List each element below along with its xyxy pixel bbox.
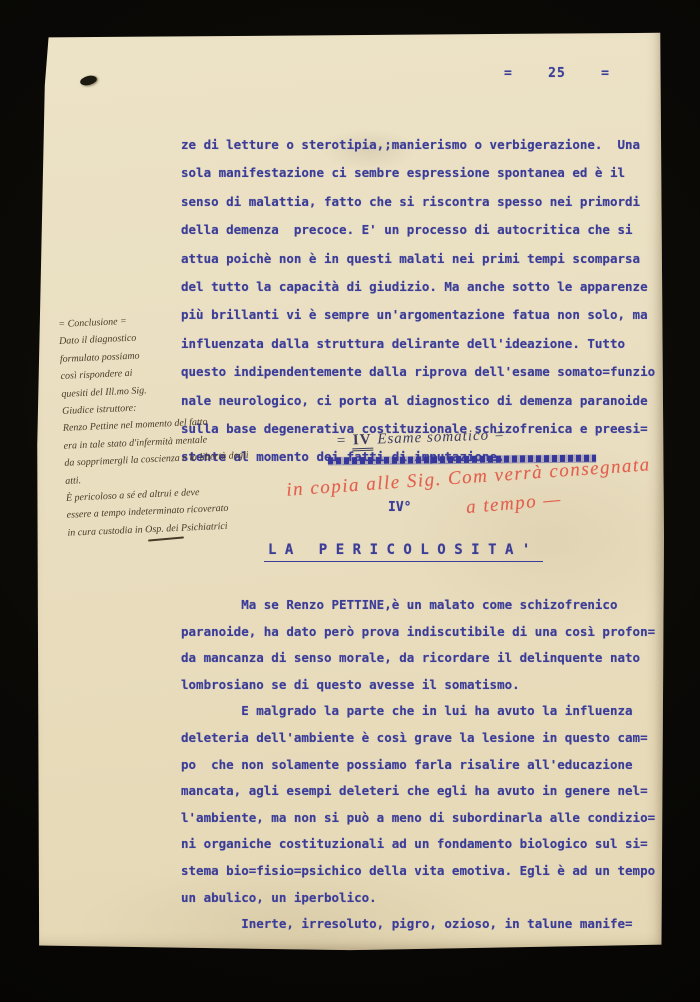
roman-numeral-iv: IV <box>352 432 373 452</box>
typed-line: influenzata dalla struttura delirante de… <box>181 330 663 358</box>
typed-line: po che non solamente possiamo farla risa… <box>181 752 663 779</box>
section-note-text: Esame somatico <box>372 427 494 447</box>
typed-line: da mancanza di senso morale, da ricordar… <box>181 645 663 672</box>
typed-line: un abulico, un iperbolico. <box>181 885 663 912</box>
typed-line: lombrosiano se di questo avesse il somat… <box>181 672 663 699</box>
typed-line: stema bio=fisio=psichico della vita emot… <box>181 858 663 885</box>
typed-line: della demenza precoce. E' un processo di… <box>181 216 663 244</box>
page-number: = 25 = <box>504 66 610 81</box>
typed-line: senso di malattia, fatto che si riscontr… <box>181 188 663 216</box>
red-annotation-line-2: a tempo — <box>465 489 562 519</box>
typed-line: Ma se Renzo PETTINE,è un malato come sch… <box>181 592 663 619</box>
typed-line: Inerte, irresoluto, pigro, ozioso, in ta… <box>181 911 663 938</box>
typed-line: deleteria dell'ambiente è così grave la … <box>181 725 663 752</box>
punch-hole <box>79 74 98 87</box>
equals-mark: = <box>336 432 352 449</box>
typed-line: E malgrado la parte che in lui ha avuto … <box>181 698 663 725</box>
typed-line: mancata, agli esempi deleteri che egli h… <box>181 778 663 805</box>
typed-line: paranoide, ha dato però prova indiscutib… <box>181 619 663 646</box>
typed-line: nale neurologico, ci porta al diagnostic… <box>181 387 663 415</box>
typed-line: più brillanti vi è sempre un'argomentazi… <box>181 301 663 329</box>
typed-body-1: ze di letture o sterotipia,;manierismo o… <box>181 131 663 472</box>
scan-background: { "page": { "page_number": "= 25 =", "pa… <box>0 0 700 1002</box>
typed-body-2: Ma se Renzo PETTINE,è un malato come sch… <box>181 592 663 938</box>
typed-line: ze di letture o sterotipia,;manierismo o… <box>181 131 663 159</box>
section-heading: LA PERICOLOSITA' <box>264 542 543 562</box>
typed-line: questo indipendentemente dalla riprova d… <box>181 358 663 386</box>
typed-line: del tutto la capacità di giudizio. Ma an… <box>181 273 663 301</box>
typed-line: attua poichè non è in questi malati nei … <box>181 245 663 273</box>
typed-line: ni organiche costituzionali ad un fondam… <box>181 831 663 858</box>
scanned-page: = 25 = ze di letture o sterotipia,;manie… <box>36 30 664 952</box>
equals-mark: = <box>494 427 506 443</box>
margin-note-handwritten: = Conclusione = Dato il diagnostico form… <box>58 308 258 542</box>
typed-line: sola manifestazione ci sembre espression… <box>181 159 663 187</box>
typed-line: l'ambiente, ma non si può a meno di subo… <box>181 805 663 832</box>
numeral-heading: IV° <box>388 500 411 515</box>
